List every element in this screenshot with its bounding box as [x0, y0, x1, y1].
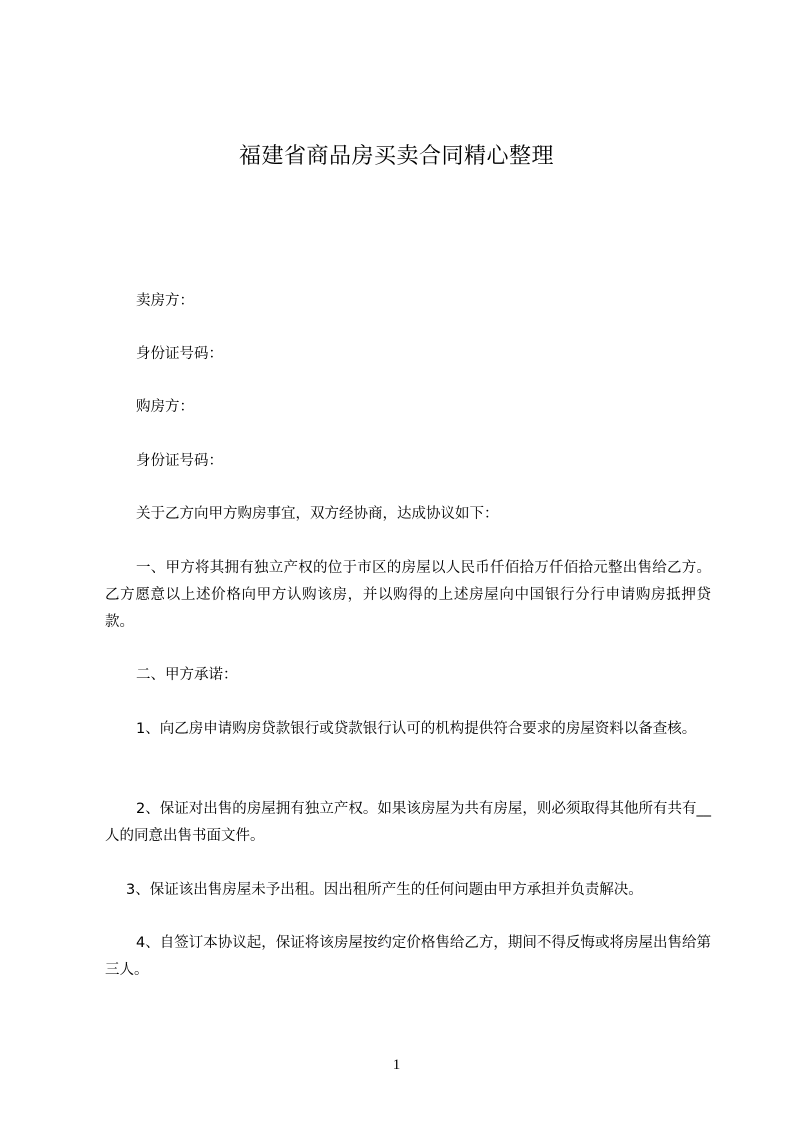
buyer-id-field-label: 身份证号码：	[105, 448, 711, 475]
clause-2-heading: 二、甲方承诺：	[105, 662, 711, 689]
seller-id-field-label: 身份证号码：	[105, 341, 711, 368]
buyer-field-label: 购房方：	[105, 394, 711, 421]
page-number: 1	[0, 1055, 793, 1075]
seller-field-label: 卖房方：	[105, 288, 711, 315]
clause-1-paragraph: 一、甲方将其拥有独立产权的位于市区的房屋以人民币仟佰拾万仟佰拾元整出售给乙方。乙…	[105, 555, 711, 636]
clause-2-item-1: 1、向乙房申请购房贷款银行或贷款银行认可的机构提供符合要求的房屋资料以备查核。	[105, 716, 711, 743]
clause-2-item-3: 3、保证该出售房屋未予出租。因出租所产生的任何问题由甲方承担并负责解决。	[105, 877, 711, 904]
document-title: 福建省商品房买卖合同精心整理	[0, 142, 793, 172]
clause-2-item-4: 4、自签订本协议起，保证将该房屋按约定价格售给乙方，期间不得反悔或将房屋出售给第…	[105, 930, 711, 984]
intro-paragraph: 关于乙方向甲方购房事宜，双方经协商，达成协议如下：	[105, 501, 711, 528]
document-page: 福建省商品房买卖合同精心整理 卖房方： 身份证号码： 购房方： 身份证号码： 关…	[0, 0, 793, 1122]
clause-2-item-2: 2、保证对出售的房屋拥有独立产权。如果该房屋为共有房屋，则必须取得其他所有共有_…	[105, 796, 711, 850]
